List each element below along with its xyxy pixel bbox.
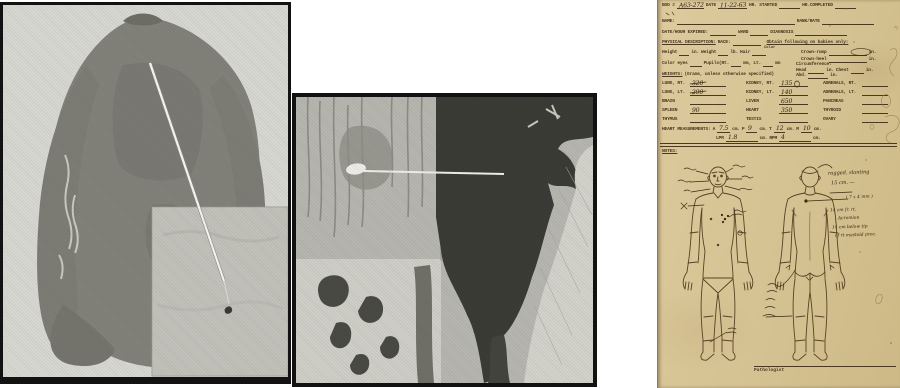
abd-field: [808, 73, 828, 79]
weights-header: WEIGHTS: (Grams, unless otherwise specif…: [662, 72, 774, 78]
date-hour-expired-label: DATE/HOUR EXPIRED:: [662, 30, 708, 36]
wound-annotation: 15 cm. —: [831, 181, 855, 187]
unit-cm: cm.: [759, 127, 767, 133]
weights-label: WEIGHTS:: [662, 72, 682, 78]
pancreas-label: PANCREAS: [823, 99, 860, 105]
m-value: 10: [803, 126, 811, 132]
p-field: 9: [746, 127, 757, 133]
height-weight-hair-row: Height in. Weight lb. Hair: [662, 50, 766, 56]
pancreas-field: [862, 99, 888, 105]
hr-started-label: HR. STARTED: [749, 3, 777, 9]
autopsy-descriptive-sheet: BOD # A63-272 DATE 11-22-63 HR. STARTED …: [657, 0, 900, 388]
a-value: 7.5: [719, 126, 728, 132]
lung-lt-field: 290: [690, 90, 726, 96]
liver-label: LIVER: [746, 99, 777, 105]
probe-line: [345, 162, 504, 176]
crown-rump-row: Crown-rump in.: [801, 50, 876, 56]
unit-cm: cm.: [760, 136, 768, 142]
crown-rump-field: [829, 50, 867, 56]
mottled-blotches: [318, 275, 399, 375]
unit-cm: cm.: [787, 127, 795, 133]
t-field: 12: [774, 127, 785, 133]
name-label: NAME:: [662, 19, 675, 25]
unit-in: in.: [869, 50, 877, 56]
pupils-lt-field: [763, 61, 773, 67]
coat-body: [48, 17, 260, 368]
heart-field: 350: [779, 108, 808, 114]
unit-lb: lb.: [730, 50, 738, 56]
ovary-label: OVARY: [823, 117, 860, 123]
spleen-field: 90: [690, 108, 726, 114]
brain-label: BRAIN: [662, 99, 688, 105]
t-value: 12: [776, 126, 784, 132]
m-label: M: [796, 127, 799, 133]
diagnosis-label: DIAGNOSIS: [770, 30, 793, 36]
color-eyes-label: Color eyes: [662, 61, 688, 67]
lpm-field: 1.8: [726, 136, 758, 142]
name-row: NAME: RANK/RATE: [662, 19, 874, 25]
abd-row: Abd. in.: [796, 73, 838, 79]
lung-lt-value: 290: [692, 90, 703, 96]
abd-label: Abd.: [796, 73, 806, 79]
hr-started-field: [779, 3, 800, 9]
heart-measurements-row: HEART MEASUREMENTS: A 7.5 cm. P 9 cm. T …: [662, 127, 822, 133]
hair-field: [752, 50, 766, 56]
height-label: Height: [662, 50, 677, 56]
body-diagram-front: [683, 167, 752, 360]
lung-rt-value: 320: [692, 81, 703, 87]
kidney-rt-label: KIDNEY, RT.: [746, 81, 777, 87]
p-label: P: [742, 127, 745, 133]
halftone-texture: [3, 5, 288, 377]
unit-in: in.: [869, 57, 877, 63]
color-eyes-field: [690, 61, 702, 67]
double-rule: [660, 143, 897, 147]
coat-probe-photo: [0, 2, 291, 384]
weights-row-4: SPLEEN 90 HEART 350 THYROID: [662, 108, 888, 114]
kidney-lt-field: 140: [779, 90, 808, 96]
diagnosis-field: [795, 30, 847, 36]
kidney-rt-field: 135: [779, 81, 808, 87]
unit-in: in.: [691, 50, 699, 56]
adrenals-rt-label: ADRENALS, RT.: [823, 81, 860, 87]
body-number-value: A63-272: [679, 2, 704, 9]
spleen-value: 90: [692, 108, 700, 114]
date-value: 11-22-63: [720, 2, 746, 9]
wound-annotation: 14 cm fr. rt.: [830, 209, 856, 214]
sleeve-lining-highlight: [59, 155, 78, 279]
ovary-field: [862, 117, 888, 123]
height-field: [679, 50, 689, 56]
adrenals-rt-field: [862, 81, 888, 87]
date-label: DATE: [706, 3, 716, 9]
kidney-rt-value: 135: [781, 81, 792, 87]
pathologist-signature-line: [754, 366, 896, 367]
thymus-label: THYMUS: [662, 117, 688, 123]
eyes-pupils-row: Color eyes Pupils(Rt. mm, Lt. mm: [662, 61, 780, 67]
bullet-hole-mark: [225, 306, 233, 313]
weights-row-3: BRAIN LIVER 650 PANCREAS: [662, 99, 888, 105]
weights-row-2: LUNG, LT. 290 KIDNEY, LT. 140 ADRENALS, …: [662, 90, 888, 96]
heart-measurements-label: HEART MEASUREMENTS:: [662, 127, 711, 133]
adrenals-lt-label: ADRENALS, LT.: [823, 90, 860, 96]
heart-label: HEART: [746, 108, 777, 114]
lpm-label: LPM: [716, 136, 724, 142]
wound-annotation: Acromion: [838, 217, 860, 222]
body-number-label: BOD #: [662, 3, 675, 9]
unit-cm: cm.: [732, 127, 740, 133]
expired-row: DATE/HOUR EXPIRED: WARD DIAGNOSIS: [662, 30, 847, 36]
probe-line: [150, 63, 229, 304]
body-number-field: A63-272: [677, 3, 704, 9]
kidney-lt-value: 140: [781, 90, 792, 96]
race-field: [733, 40, 761, 46]
streak-texture: [308, 97, 423, 237]
dark-mass: [436, 97, 593, 383]
rpm-field: 4: [779, 136, 811, 142]
probe-closeup-illustration: [296, 97, 593, 383]
unit-mm: mm: [775, 61, 780, 67]
unit-in: in.: [866, 68, 874, 74]
wound-annotation: ragged, slanting: [828, 170, 870, 176]
date-field: 11-22-63: [718, 3, 747, 9]
weight-field: [718, 50, 728, 56]
unit-in: in.: [830, 73, 838, 79]
wound-annotation: of rt mastoid proc.: [835, 233, 877, 239]
lung-lt-label: LUNG, LT.: [662, 90, 688, 96]
crown-rump-label: Crown-rump: [801, 50, 827, 56]
unit-cm: cm.: [814, 127, 822, 133]
hair-color-hint: Color: [764, 46, 775, 50]
lung-rt-label: LUNG, RT.: [662, 81, 688, 87]
lpm-value: 1.8: [728, 135, 737, 141]
wound-annotation: 14 cm below tip: [832, 225, 868, 231]
liver-field: 650: [779, 99, 808, 105]
lung-rt-field: 320: [690, 81, 726, 87]
m-field: 10: [801, 127, 812, 133]
a-field: 7.5: [717, 127, 730, 133]
testis-field: [779, 117, 808, 123]
notes-row: NOTES:: [662, 149, 677, 155]
weight-label: Weight: [701, 50, 716, 56]
expired-field: [710, 30, 736, 36]
thymus-field: [690, 117, 726, 123]
body-diagram-back: [775, 167, 844, 360]
rank-rate-field: [822, 19, 874, 25]
header-row: BOD # A63-272 DATE 11-22-63 HR. STARTED …: [662, 3, 856, 9]
ward-label: WARD: [738, 30, 748, 36]
physical-description-label: PHYSICAL DESCRIPTION:: [662, 40, 716, 46]
rpm-label: RPM: [769, 136, 777, 142]
unit-cm: cm.: [813, 136, 821, 142]
weights-row-1: LUNG, RT. 320 KIDNEY, RT. 135 ADRENALS, …: [662, 81, 888, 87]
pathologist-label: Pathologist: [754, 368, 784, 373]
brain-field: [690, 99, 726, 105]
name-field: [677, 19, 795, 25]
rank-rate-label: RANK/RATE: [797, 19, 820, 25]
coat-illustration: [3, 5, 288, 377]
thyroid-field: [862, 108, 888, 114]
t-label: T: [769, 127, 772, 133]
notes-label: NOTES:: [662, 149, 677, 155]
unit-mm-lt: mm, Lt.: [743, 61, 761, 67]
weights-row-5: THYMUS TESTIS OVARY: [662, 117, 888, 123]
ward-field: [750, 30, 768, 36]
heart-value: 350: [781, 108, 792, 114]
race-label: RACE:: [718, 40, 731, 46]
physical-description-row: PHYSICAL DESCRIPTION: RACE: Obtain follo…: [662, 40, 848, 46]
hr-completed-field: [835, 3, 856, 9]
babies-only-note: Obtain following on babies only:: [767, 40, 849, 46]
probe-closeup-photo: [292, 93, 597, 387]
chest-field: [851, 68, 864, 74]
thyroid-label: THYROID: [823, 108, 860, 114]
weights-note: (Grams, unless otherwise specified): [684, 72, 774, 78]
adrenals-lt-field: [862, 90, 888, 96]
spleen-label: SPLEEN: [662, 108, 688, 114]
p-value: 9: [748, 126, 752, 132]
halftone-texture: [296, 97, 593, 383]
pupils-rt-label: Pupils(Rt.: [704, 61, 730, 67]
liver-value: 650: [781, 99, 792, 105]
crown-heel-field: [829, 57, 867, 63]
testis-label: TESTIS: [746, 117, 777, 123]
lpm-rpm-row: LPM 1.8 cm. RPM 4 cm.: [716, 136, 821, 142]
kidney-lt-label: KIDNEY, LT.: [746, 90, 777, 96]
fabric-closeup-inset: [152, 207, 288, 376]
pupils-rt-field: [731, 61, 741, 67]
a-label: A: [713, 127, 716, 133]
hair-label: Hair: [740, 50, 750, 56]
wound-annotation: ( 7 x 4 mm ): [846, 196, 873, 201]
hr-completed-label: HR.COMPLETED: [802, 3, 833, 9]
rpm-value: 4: [781, 135, 785, 141]
drapery-highlight: [524, 145, 593, 383]
coat-collar: [123, 14, 163, 26]
